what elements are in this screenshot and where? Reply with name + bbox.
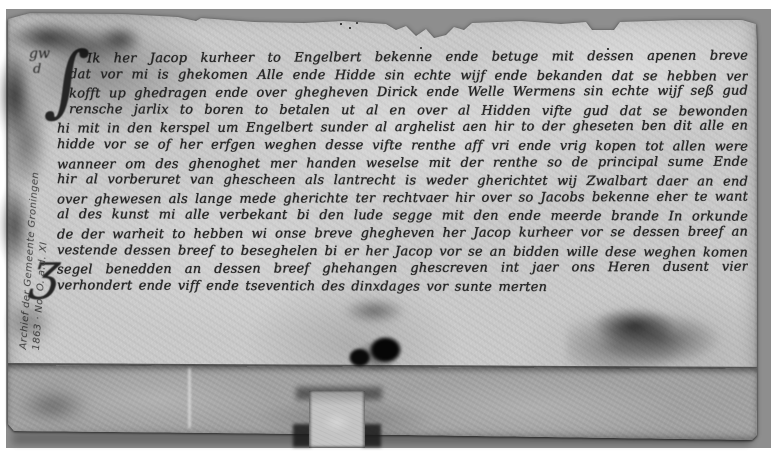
charter-text-line: de der warheit to hebben wi onse breve g… (57, 223, 748, 244)
charter-text-line: Ik her Jacop kurheer to Engelbert bekenn… (57, 47, 748, 68)
charter-text-line: kofft up ghedragen ende over ghegheven D… (57, 83, 748, 104)
ink-specks (340, 23, 342, 25)
stain (2, 378, 117, 433)
charter-text-line: hi mit in den kerspel um Engelbert sunde… (57, 118, 748, 139)
stain (322, 290, 427, 332)
charter-text: Ik her Jacop kurheer to Engelbert bekenn… (57, 49, 748, 295)
ink-blot (342, 329, 410, 375)
seal-tag (309, 391, 365, 448)
stain (0, 35, 58, 185)
stain (88, 14, 160, 64)
charter-photograph: gw d ∫ ʒ Ik her Jacop kurheer to Engelbe… (0, 0, 776, 456)
stain (0, 285, 72, 360)
charter-text-line: segel benedden an dessen breef ghehangen… (57, 259, 748, 280)
stain (0, 165, 50, 300)
plica-fold (8, 363, 757, 444)
stain (566, 291, 728, 373)
plica-crease (188, 368, 191, 428)
